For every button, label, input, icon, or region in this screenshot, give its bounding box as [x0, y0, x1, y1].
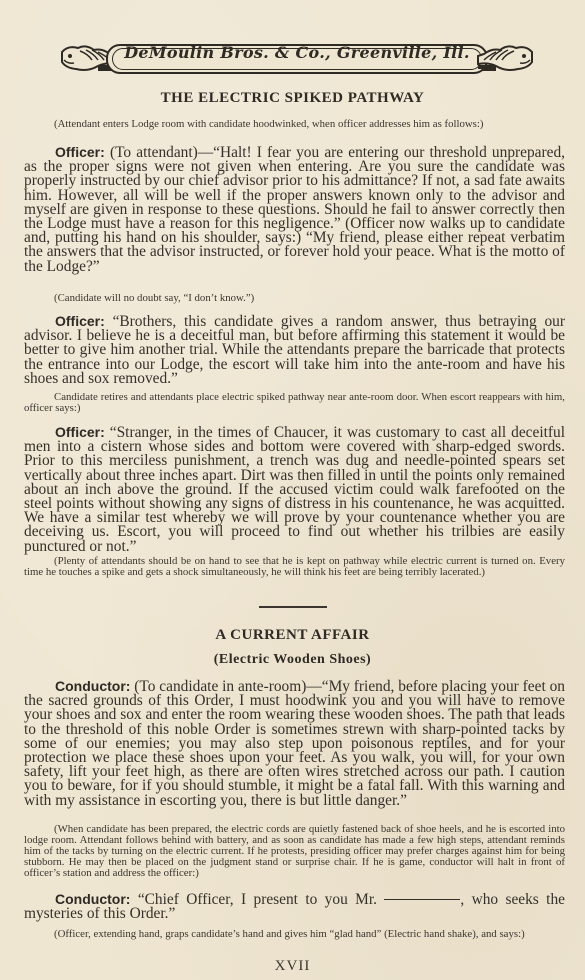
banner-text: DeMoulin Bros. & Co., Greenville, Ill.: [58, 43, 536, 62]
dialogue-paragraph: Conductor: (To candidate in ante-room)—“…: [24, 679, 565, 808]
dialogue-text: (To candidate in ante-room)—“My friend, …: [24, 678, 565, 809]
section-divider: [259, 606, 327, 608]
stage-direction: (Officer, extending hand, graps candidat…: [24, 929, 565, 940]
section-title: A CURRENT AFFAIR: [0, 627, 585, 644]
stage-direction: (Attendant enters Lodge room with candid…: [24, 119, 565, 130]
dialogue-paragraph: Conductor: “Chief Officer, I present to …: [24, 892, 565, 921]
name-blank-line: [384, 899, 460, 900]
publisher-banner: DeMoulin Bros. & Co., Greenville, Ill.: [58, 40, 536, 74]
dialogue-paragraph: Officer: (To attendant)—“Halt! I fear yo…: [24, 145, 565, 274]
dialogue-paragraph: Officer: “Stranger, in the times of Chau…: [24, 425, 565, 554]
stage-direction: Candidate retires and attendants place e…: [24, 392, 565, 414]
stage-direction: (Candidate will no doubt say, “I don’t k…: [24, 293, 565, 304]
document-page: DeMoulin Bros. & Co., Greenville, Ill. T…: [0, 0, 585, 980]
dialogue-paragraph: Officer: “Brothers, this candidate gives…: [24, 314, 565, 386]
page-number: XVII: [0, 958, 585, 975]
stage-direction: (When candidate has been prepared, the e…: [24, 824, 565, 879]
dialogue-text: “Brothers, this candidate gives a random…: [24, 313, 565, 387]
section-subtitle: (Electric Wooden Shoes): [0, 652, 585, 668]
dialogue-text: (To attendant)—“Halt! I fear you are ent…: [24, 144, 565, 275]
dialogue-text: “Stranger, in the times of Chaucer, it w…: [24, 424, 565, 555]
stage-direction: (Plenty of attendants should be on hand …: [24, 556, 565, 578]
section-title: THE ELECTRIC SPIKED PATHWAY: [0, 90, 585, 107]
